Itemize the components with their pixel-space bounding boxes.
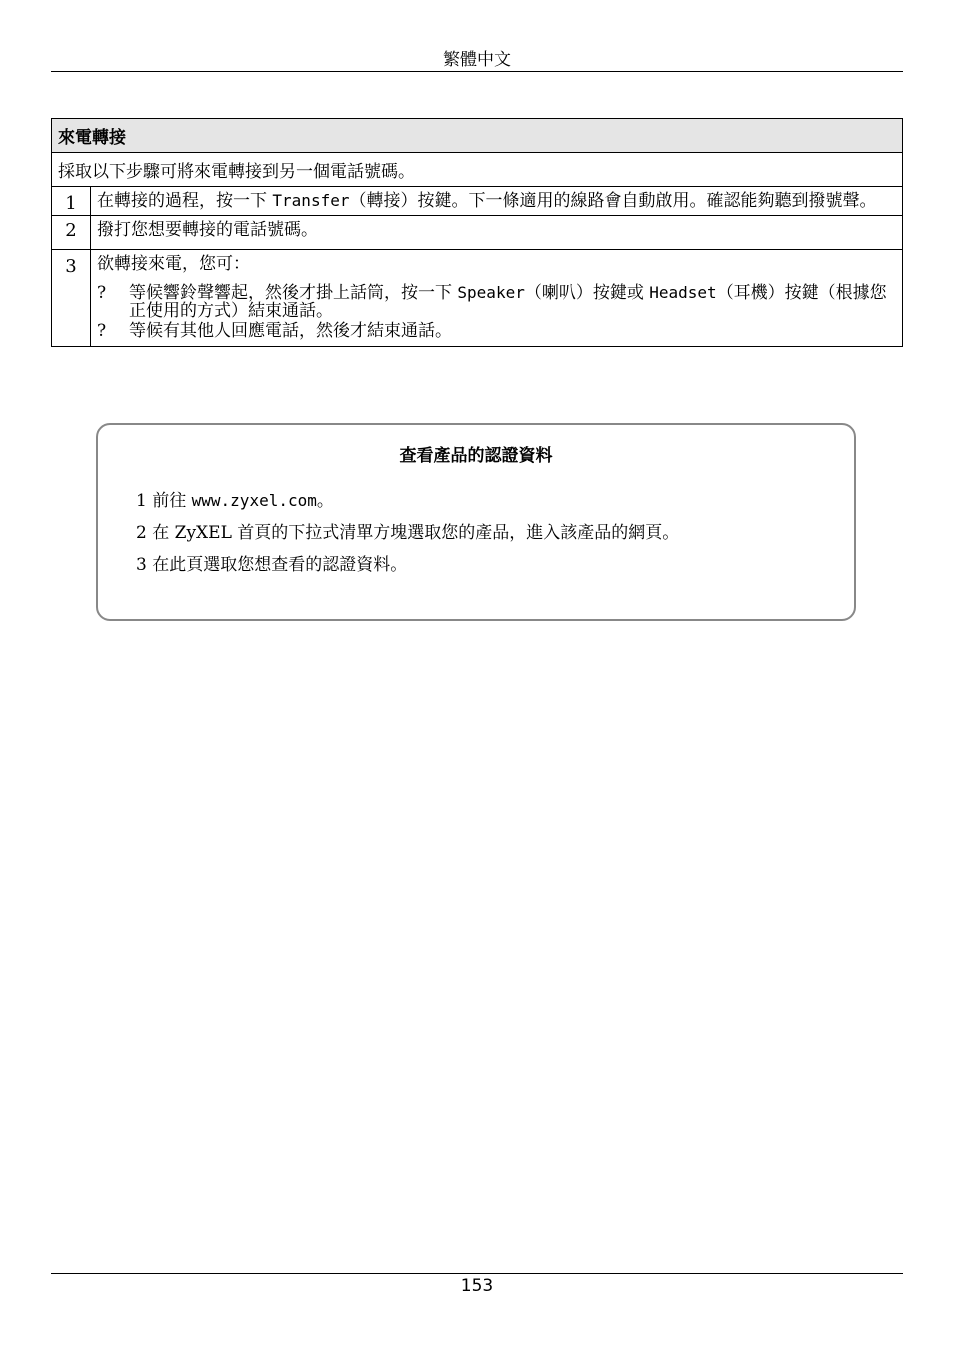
certification-box: 查看產品的認證資料 1 前往 www.zyxel.com。 2 在 ZyXEL … bbox=[96, 423, 856, 621]
transfer-key: Transfer bbox=[272, 191, 349, 210]
zyxel-link[interactable]: www.zyxel.com bbox=[192, 491, 317, 510]
list-item: 2 在 ZyXEL 首頁的下拉式清單方塊選取您的產品，進入該產品的網頁。 bbox=[136, 521, 679, 553]
speaker-key: Speaker bbox=[457, 283, 524, 302]
header-language: 繁體中文 bbox=[443, 50, 511, 70]
step-number: 1 bbox=[52, 187, 91, 216]
list-item: ?等候有其他人回應電話，然後才結束通話。 bbox=[97, 322, 896, 340]
step-text: 撥打您想要轉接的電話號碼。 bbox=[91, 216, 903, 250]
step-number: 3 bbox=[52, 250, 91, 347]
table-row: 3 欲轉接來電，您可： ?等候響鈴聲響起，然後才掛上話筒，按一下 Speaker… bbox=[52, 250, 903, 347]
step-text: 欲轉接來電，您可： ?等候響鈴聲響起，然後才掛上話筒，按一下 Speaker（喇… bbox=[91, 250, 903, 347]
table-row: 1 在轉接的過程，按一下 Transfer（轉接）按鍵。下一條適用的線路會自動啟… bbox=[52, 187, 903, 216]
headset-key: Headset bbox=[649, 283, 716, 302]
page-header: 繁體中文 bbox=[51, 48, 903, 72]
step-number: 2 bbox=[52, 216, 91, 250]
bullet-icon: ? bbox=[97, 322, 129, 340]
list-item: 1 前往 www.zyxel.com。 bbox=[136, 489, 679, 521]
page-footer: 153 bbox=[51, 1273, 903, 1296]
list-item: 3 在此頁選取您想查看的認證資料。 bbox=[136, 553, 679, 585]
box-title: 查看產品的認證資料 bbox=[98, 441, 854, 466]
call-transfer-table: 來電轉接 採取以下步驟可將來電轉接到另一個電話號碼。 1 在轉接的過程，按一下 … bbox=[51, 118, 903, 347]
table-intro: 採取以下步驟可將來電轉接到另一個電話號碼。 bbox=[52, 153, 903, 187]
step-text: 在轉接的過程，按一下 Transfer（轉接）按鍵。下一條適用的線路會自動啟用。… bbox=[91, 187, 903, 216]
list-item: ?等候響鈴聲響起，然後才掛上話筒，按一下 Speaker（喇叭）按鍵或 Head… bbox=[97, 284, 896, 320]
table-row: 2 撥打您想要轉接的電話號碼。 bbox=[52, 216, 903, 250]
table-title: 來電轉接 bbox=[52, 119, 903, 153]
bullet-icon: ? bbox=[97, 284, 129, 320]
page-number: 153 bbox=[461, 1276, 493, 1296]
